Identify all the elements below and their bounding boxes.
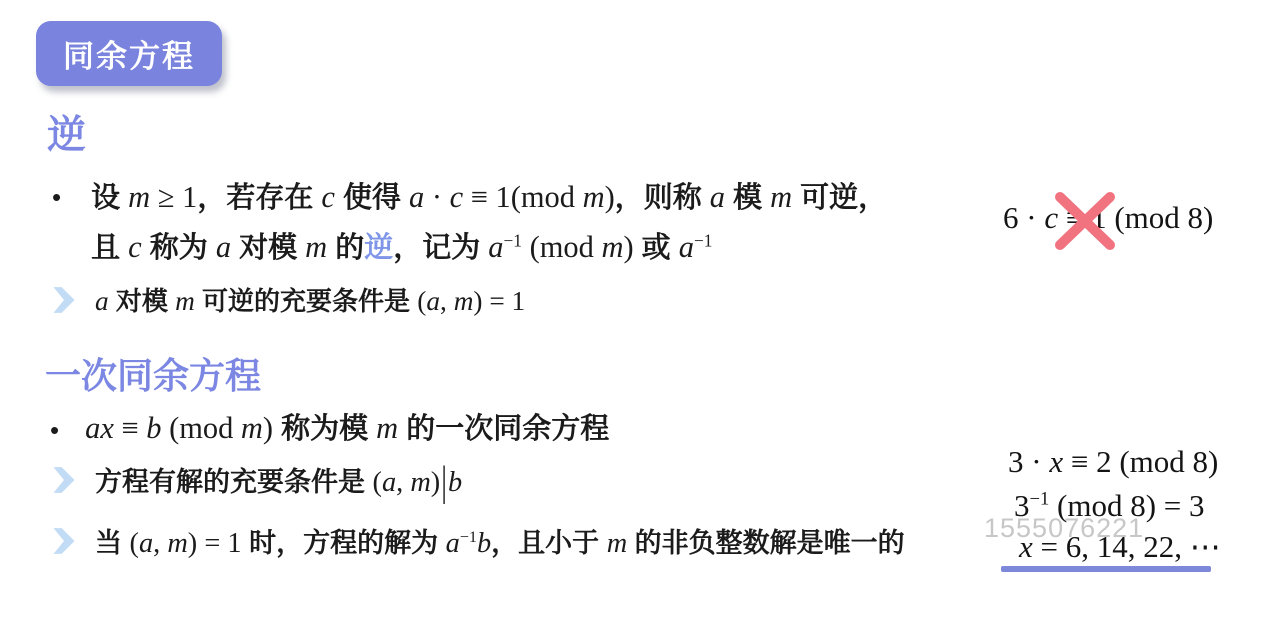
- text-run: a: [710, 180, 725, 214]
- inverse-definition-line-2: 且 c 称为 a 对模 m 的逆，记为 a−1 (mod m) 或 a−1: [91, 223, 887, 273]
- lecture-slide: 同余方程 逆 • 设 m ≥ 1，若存在 c 使得 a · c ≡ 1(mod …: [0, 0, 1282, 638]
- text-run: m: [376, 411, 398, 445]
- text-run: 3 ·: [1008, 444, 1049, 479]
- text-run: ，若存在: [197, 182, 321, 214]
- text-run: ·: [424, 180, 449, 214]
- text-run: ≡ 2 (mod 8): [1063, 444, 1218, 479]
- inverse-definition-line-1: 设 m ≥ 1，若存在 c 使得 a · c ≡ 1(mod m)，则称 a 模…: [91, 173, 887, 223]
- inverse-definition-text: 设 m ≥ 1，若存在 c 使得 a · c ≡ 1(mod m)，则称 a 模…: [91, 173, 887, 273]
- text-run: (: [373, 467, 382, 498]
- text-run: ): [263, 411, 273, 445]
- text-run: b: [146, 411, 161, 445]
- text-run: ,: [153, 528, 167, 559]
- text-run: 设: [91, 182, 128, 214]
- chevron-icon: [50, 525, 78, 557]
- text-run: 3: [1014, 488, 1030, 523]
- text-run: 称为: [142, 232, 216, 264]
- text-run: c: [128, 230, 142, 264]
- text-run: m: [770, 180, 792, 214]
- text-run: 6 ·: [1003, 200, 1044, 235]
- text-run: 可逆的充要条件是: [195, 286, 417, 316]
- example-solutions: x = 6, 14, 22, ⋯: [1019, 529, 1221, 565]
- text-run: (: [417, 286, 426, 316]
- text-run: ): [605, 180, 615, 214]
- text-run: m: [583, 180, 605, 214]
- text-run: m: [167, 528, 187, 559]
- text-run: ax: [85, 411, 114, 445]
- text-run: 的一次同余方程: [398, 413, 609, 445]
- inverse-definition-bullet: • 设 m ≥ 1，若存在 c 使得 a · c ≡ 1(mod m)，则称 a…: [52, 173, 887, 273]
- text-run: a: [446, 528, 460, 559]
- text-run: m: [454, 286, 474, 316]
- text-run: x: [1019, 529, 1033, 564]
- text-run: m: [607, 528, 627, 559]
- text-run: a: [139, 528, 153, 559]
- text-run: 对模: [231, 232, 305, 264]
- text-run: 方程有解的充要条件是: [95, 467, 373, 497]
- text-run: m: [305, 230, 327, 264]
- linear-definition-text: ax ≡ b (mod m) 称为模 m 的一次同余方程: [85, 406, 609, 451]
- crossout-x-icon: [1052, 190, 1118, 252]
- text-run: ，且小于: [491, 528, 607, 558]
- text-run: a: [216, 230, 231, 264]
- text-run: 且: [91, 232, 128, 264]
- solvability-condition-text: 方程有解的充要条件是 (a, m)|b: [95, 460, 462, 499]
- example-inverse-value: 3−1 (mod 8) = 3: [1014, 488, 1205, 524]
- inverse-condition-row: a 对模 m 可逆的充要条件是 (a, m) = 1: [50, 281, 525, 318]
- text-run: (mod: [161, 411, 240, 445]
- text-run: a: [426, 286, 440, 316]
- text-run: 称为模: [273, 413, 376, 445]
- text-run: ) = 1: [188, 528, 242, 559]
- text-run: c: [450, 180, 464, 214]
- text-run: (mod: [522, 230, 601, 264]
- text-run: 使得: [335, 182, 409, 214]
- section-heading-linear: 一次同余方程: [45, 348, 261, 399]
- text-run: 模: [725, 182, 770, 214]
- text-run: ，则称: [615, 182, 710, 214]
- text-run: a: [409, 180, 424, 214]
- text-run: x: [1049, 444, 1063, 479]
- text-run: a: [679, 230, 694, 264]
- text-run: b: [448, 467, 462, 498]
- text-run: ≥ 1: [150, 180, 197, 214]
- text-run: m: [128, 180, 150, 214]
- text-run: 或: [634, 232, 679, 264]
- text-run: 可逆，: [792, 182, 887, 214]
- superscript: −1: [460, 528, 477, 546]
- example-no-inverse: 6 · c ≡ 1 (mod 8): [1003, 200, 1213, 236]
- text-run: c: [321, 180, 335, 214]
- solvability-condition-row: 方程有解的充要条件是 (a, m)|b: [50, 460, 462, 499]
- text-run: ≡: [114, 411, 146, 445]
- inverse-term-highlight: 逆: [364, 232, 393, 264]
- superscript: −1: [504, 230, 523, 250]
- text-run: ): [623, 230, 633, 264]
- text-run: m: [241, 411, 263, 445]
- text-run: m: [410, 467, 430, 498]
- text-run: a: [382, 467, 396, 498]
- title-badge: 同余方程: [36, 21, 222, 86]
- text-run: ，记为: [393, 232, 488, 264]
- chevron-icon: [50, 284, 78, 316]
- superscript: −1: [694, 230, 713, 250]
- linear-definition-bullet: • ax ≡ b (mod m) 称为模 m 的一次同余方程: [50, 406, 609, 454]
- text-run: ) = 1: [473, 286, 525, 316]
- text-run: a: [95, 286, 109, 316]
- section-heading-inverse: 逆: [47, 104, 86, 160]
- unique-solution-row: 当 (a, m) = 1 时，方程的解为 a−1b，且小于 m 的非负整数解是唯…: [50, 521, 905, 560]
- example-linear-equation: 3 · x ≡ 2 (mod 8): [1008, 444, 1218, 480]
- text-run: ,: [440, 286, 454, 316]
- text-run: 的: [327, 232, 364, 264]
- text-run: (: [130, 528, 139, 559]
- text-run: 的非负整数解是唯一的: [627, 528, 905, 558]
- bullet-dot: •: [52, 173, 61, 221]
- text-run: m: [175, 286, 195, 316]
- text-run: = 6, 14, 22, ⋯: [1033, 529, 1221, 564]
- chevron-icon: [50, 464, 78, 496]
- solution-underline: [1001, 566, 1211, 572]
- unique-solution-text: 当 (a, m) = 1 时，方程的解为 a−1b，且小于 m 的非负整数解是唯…: [95, 521, 905, 560]
- text-run: ≡ 1(mod: [463, 180, 582, 214]
- text-run: (mod 8) = 3: [1049, 488, 1204, 523]
- text-run: ,: [396, 467, 410, 498]
- text-run: 对模: [109, 286, 175, 316]
- divides-bar: |: [441, 459, 447, 507]
- text-run: a: [488, 230, 503, 264]
- superscript: −1: [1030, 489, 1050, 510]
- text-run: ): [431, 467, 440, 498]
- text-run: m: [601, 230, 623, 264]
- bullet-dot: •: [50, 406, 59, 454]
- inverse-condition-text: a 对模 m 可逆的充要条件是 (a, m) = 1: [95, 281, 525, 318]
- text-run: 当: [95, 528, 130, 558]
- text-run: 时，方程的解为: [242, 528, 446, 558]
- text-run: b: [477, 528, 491, 559]
